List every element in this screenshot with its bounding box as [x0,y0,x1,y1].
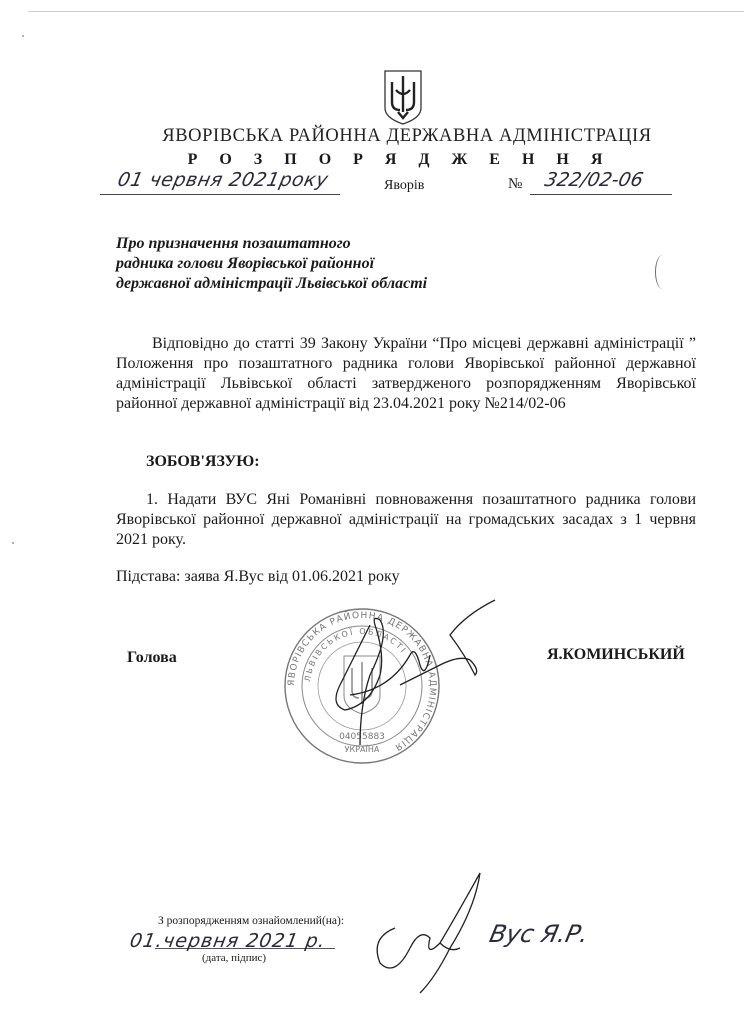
acknowledgement-name: Вус Я.Р. [487,920,591,948]
document-date: 01 червня 2021року [116,169,331,191]
document-type: Р О З П О Р Я Д Ж Е Н Н Я [0,151,744,169]
number-sign: № [508,176,522,193]
city: Яворів [384,178,424,194]
scan-speck [22,35,24,37]
scan-edge-line [28,11,744,12]
signatory-name: Я.КОМИНСЬКИЙ [547,646,685,664]
handwritten-mark [655,255,670,289]
subject-line: Про призначення позаштатного [116,234,427,254]
obligation-heading: ЗОБОВ'ЯЗУЮ: [146,453,260,471]
trident-coat-of-arms-icon [382,68,424,126]
document-number: 322/02-06 [543,169,646,191]
subject-line: радника голови Яворівської районної [116,254,427,274]
acknowledgement-signature [365,868,505,998]
acknowledgement-date: 01.червня 2021 р. [128,930,328,952]
acknowledgement-label: З розпорядженням ознайомлений(на): [158,915,344,927]
scan-speck [12,542,14,544]
acknowledgement-caption: (дата, підпис) [202,952,266,964]
preamble-paragraph: Відповідно до статті 39 Закону України “… [116,334,696,414]
basis-line: Підстава: заява Я.Вус від 01.06.2021 рок… [116,568,400,586]
organization-name: ЯВОРІВСЬКА РАЙОННА ДЕРЖАВНА АДМІНІСТРАЦІ… [0,126,744,147]
document-subject: Про призначення позаштатного радника гол… [116,234,427,294]
signatory-position: Голова [127,649,177,667]
order-item: 1. Надати ВУС Яні Романівні повноваження… [116,490,696,550]
subject-line: державної адміністрації Львівської облас… [116,274,427,294]
head-signature [300,595,500,785]
